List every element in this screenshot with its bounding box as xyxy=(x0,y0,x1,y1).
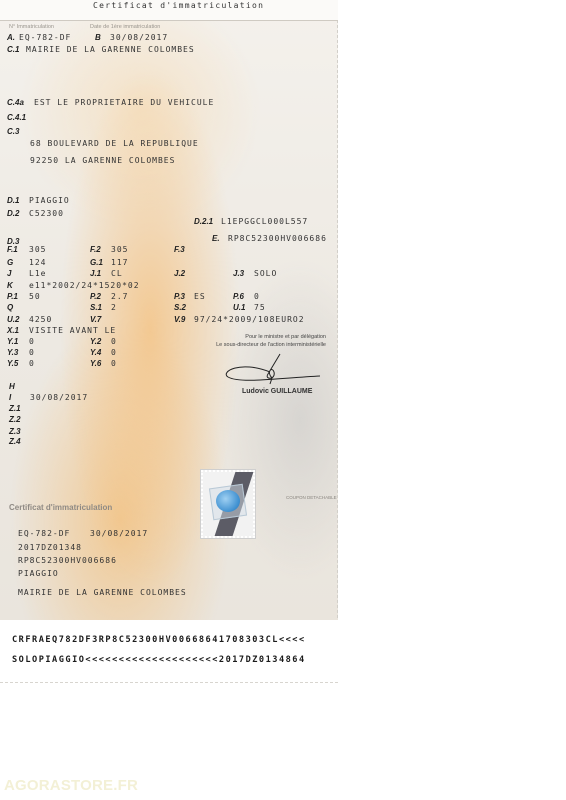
label-c4a: C.4a xyxy=(7,98,24,107)
label-y4: Y.4 xyxy=(90,348,101,357)
label-f2: F.2 xyxy=(90,245,101,254)
label-s1: S.1 xyxy=(90,303,102,312)
label-y5: Y.5 xyxy=(7,359,18,368)
authority-line2: Le sous-directeur de l'action interminis… xyxy=(200,342,326,348)
value-g: 124 xyxy=(29,258,46,267)
signature-icon xyxy=(220,350,330,386)
label-b: B xyxy=(95,33,101,42)
value-p2: 2.7 xyxy=(111,292,128,301)
label-i: I xyxy=(9,393,11,402)
label-d1: D.1 xyxy=(7,196,19,205)
caption-registration-number: N° Immatriculation xyxy=(9,24,54,30)
label-d21: D.2.1 xyxy=(194,217,213,226)
value-y3: 0 xyxy=(29,348,35,357)
label-p2: P.2 xyxy=(90,292,101,301)
value-address-line1: 68 BOULEVARD DE LA REPUBLIQUE xyxy=(30,139,199,148)
value-j: L1e xyxy=(29,269,46,278)
mrz-line-1: CRFRAEQ782DF3RP8C52300HV00668641708303CL… xyxy=(12,635,306,645)
label-u1: U.1 xyxy=(233,303,245,312)
signer-name: Ludovic GUILLAUME xyxy=(242,388,312,395)
label-k: K xyxy=(7,281,13,290)
label-y2: Y.2 xyxy=(90,337,101,346)
value-y6: 0 xyxy=(111,359,117,368)
value-cnit: L1EPGGCL000L557 xyxy=(221,217,308,226)
value-holder-name: MAIRIE DE LA GARENNE COLOMBES xyxy=(26,45,195,54)
globe-icon xyxy=(216,490,240,512)
value-vin: RP8C52300HV006686 xyxy=(228,234,327,243)
value-j1: CL xyxy=(111,269,123,278)
value-u2: 4250 xyxy=(29,315,52,324)
coupon-holder: MAIRIE DE LA GARENNE COLOMBES xyxy=(18,588,187,597)
label-z3: Z.3 xyxy=(9,427,21,436)
value-x1: VISITE AVANT LE xyxy=(29,326,116,335)
label-p1: P.1 xyxy=(7,292,18,301)
value-y2: 0 xyxy=(111,337,117,346)
coupon-vin: RP8C52300HV006686 xyxy=(18,556,117,565)
value-u1: 75 xyxy=(254,303,266,312)
label-y1: Y.1 xyxy=(7,337,18,346)
coupon-detach-label: COUPON DETACHABLE xyxy=(286,495,337,500)
label-q: Q xyxy=(7,303,13,312)
value-registration-number: EQ-782-DF xyxy=(19,33,71,42)
label-y6: Y.6 xyxy=(90,359,101,368)
value-address-line2: 92250 LA GARENNE COLOMBES xyxy=(30,156,175,165)
coupon-formula-number: 2017DZ01348 xyxy=(18,543,82,552)
value-first-registration-date: 30/08/2017 xyxy=(110,33,168,42)
value-f2: 305 xyxy=(111,245,128,254)
value-p6: 0 xyxy=(254,292,260,301)
value-k: e11*2002/24*1520*02 xyxy=(29,281,140,290)
authority-line1: Pour le ministre et par délégation xyxy=(212,334,326,340)
value-j3: SOLO xyxy=(254,269,277,278)
document-title: Certificat d'immatriculation xyxy=(93,1,264,10)
label-z4: Z.4 xyxy=(9,437,21,446)
label-c3: C.3 xyxy=(7,127,19,136)
value-make: PIAGGIO xyxy=(29,196,70,205)
security-stamp xyxy=(201,470,255,538)
label-g: G xyxy=(7,258,13,267)
value-y4: 0 xyxy=(111,348,117,357)
value-type: C52300 xyxy=(29,209,64,218)
coupon-registration: EQ-782-DF xyxy=(18,529,70,538)
registration-certificate: Certificat d'immatriculation N° Immatric… xyxy=(0,0,338,683)
label-g1: G.1 xyxy=(90,258,103,267)
coupon-make: PIAGGIO xyxy=(18,569,59,578)
label-d2: D.2 xyxy=(7,209,19,218)
label-j3: J.3 xyxy=(233,269,244,278)
label-e: E. xyxy=(212,234,220,243)
label-s2: S.2 xyxy=(174,303,186,312)
label-x1: X.1 xyxy=(7,326,19,335)
value-i: 30/08/2017 xyxy=(30,393,88,402)
value-ownership-status: EST LE PROPRIETAIRE DU VEHICULE xyxy=(34,98,214,107)
label-f3: F.3 xyxy=(174,245,185,254)
value-f1: 305 xyxy=(29,245,46,254)
label-y3: Y.3 xyxy=(7,348,18,357)
value-p1: 50 xyxy=(29,292,41,301)
value-v9: 97/24*2009/108EURO2 xyxy=(194,315,305,324)
label-v7: V.7 xyxy=(90,315,101,324)
mrz-line-2: SOLOPIAGGIO<<<<<<<<<<<<<<<<<<<<2017DZ013… xyxy=(12,655,306,665)
value-y5: 0 xyxy=(29,359,35,368)
label-p6: P.6 xyxy=(233,292,244,301)
coupon-title: Certificat d'immatriculation xyxy=(9,503,112,512)
value-p3: ES xyxy=(194,292,206,301)
label-c1: C.1 xyxy=(7,45,19,54)
label-v9: V.9 xyxy=(174,315,185,324)
label-u2: U.2 xyxy=(7,315,19,324)
label-p3: P.3 xyxy=(174,292,185,301)
label-j2: J.2 xyxy=(174,269,185,278)
header-divider xyxy=(0,20,338,21)
label-j1: J.1 xyxy=(90,269,101,278)
caption-first-registration-date: Date de 1ère immatriculation xyxy=(90,24,160,30)
label-j: J xyxy=(7,269,11,278)
label-c41: C.4.1 xyxy=(7,113,26,122)
machine-readable-zone: CRFRAEQ782DF3RP8C52300HV00668641708303CL… xyxy=(0,620,338,683)
value-s1: 2 xyxy=(111,303,117,312)
value-g1: 117 xyxy=(111,258,128,267)
label-f1: F.1 xyxy=(7,245,18,254)
label-z1: Z.1 xyxy=(9,404,21,413)
coupon-date: 30/08/2017 xyxy=(90,529,148,538)
label-a: A. xyxy=(7,33,15,42)
label-z2: Z.2 xyxy=(9,415,21,424)
label-h: H xyxy=(9,382,15,391)
watermark: AGORASTORE.FR xyxy=(4,777,138,794)
value-y1: 0 xyxy=(29,337,35,346)
